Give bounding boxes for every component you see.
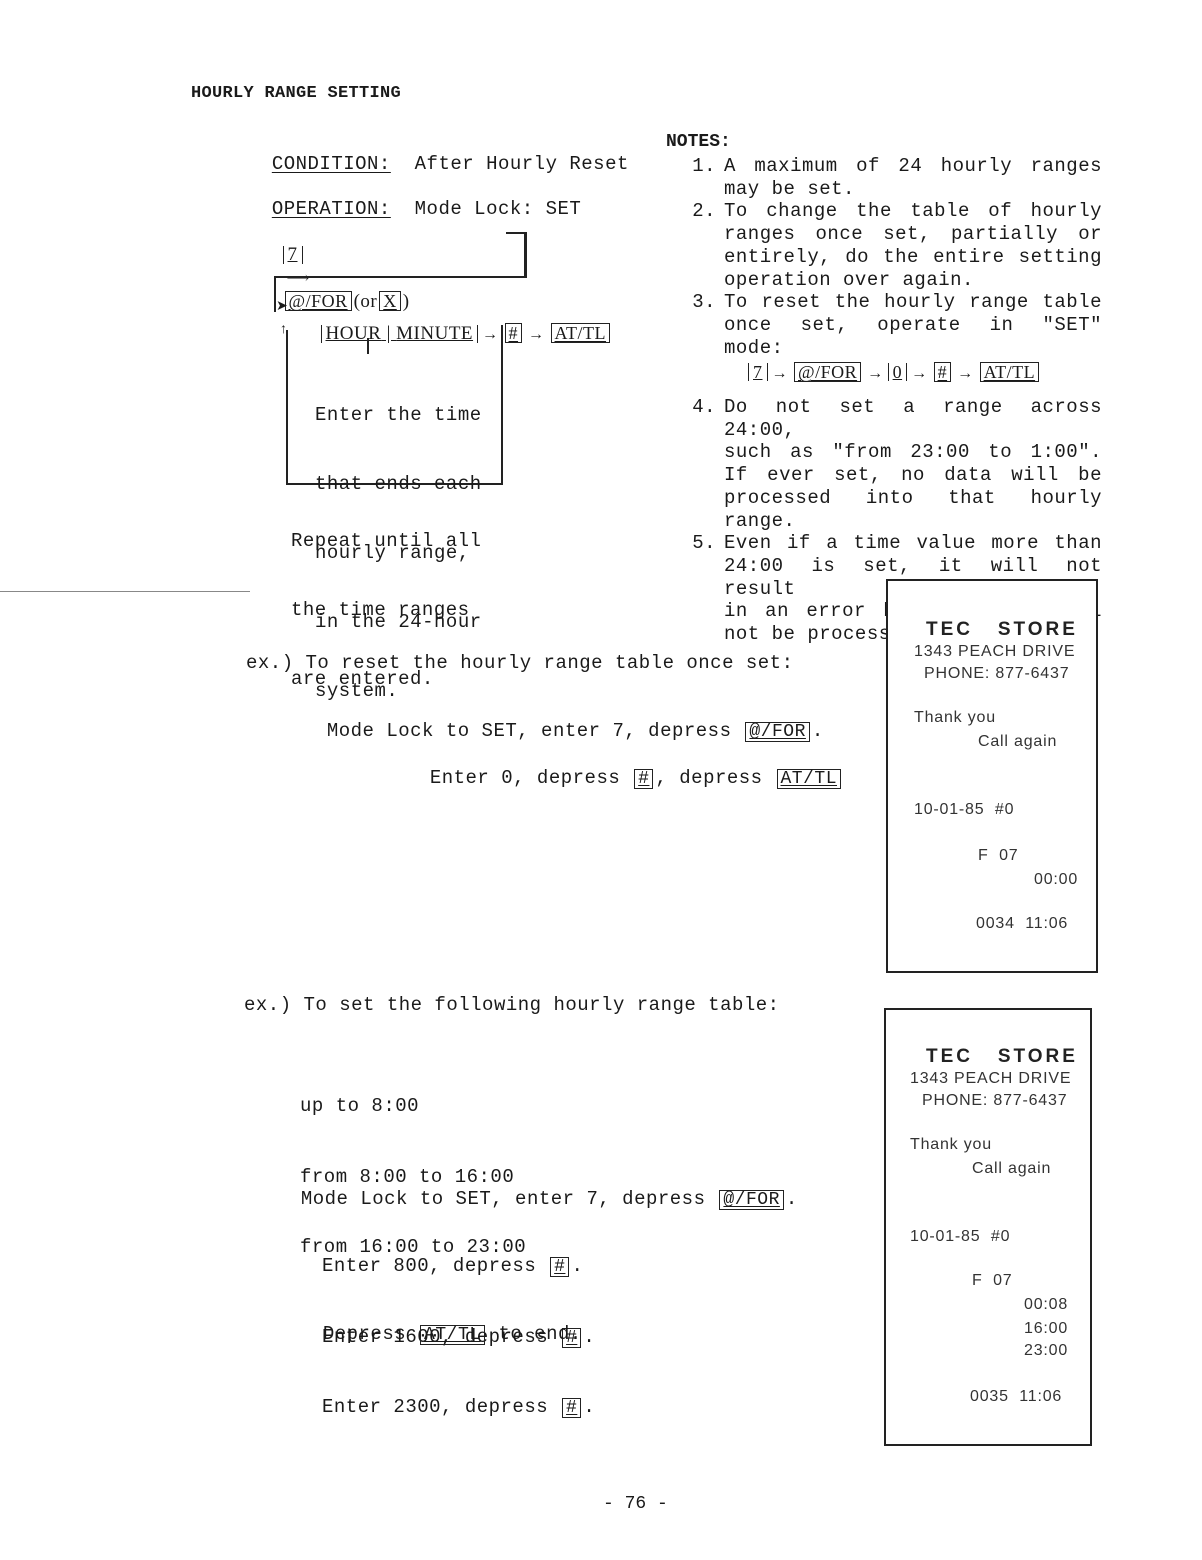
operation-label: OPERATION: [272, 198, 391, 220]
note-3-sequence: 7→@/FOR→0→#→AT/TL [724, 361, 1102, 386]
receipt-function: F 07 [972, 1272, 1012, 1290]
arrow-right-icon: → [867, 363, 884, 386]
condition-value: After Hourly Reset [415, 153, 629, 175]
receipt-time-entry: 00:08 [1024, 1296, 1068, 1314]
loop-line [501, 325, 503, 485]
example1-line1: Mode Lock to SET, enter 7, depress @/FOR… [303, 697, 824, 743]
loop-line-text: Enter the time [315, 404, 482, 427]
operation-value: Mode Lock: SET [415, 198, 582, 220]
example2-title: ex.) To set the following hourly range t… [244, 994, 780, 1017]
receipt-phone: PHONE: 877-6437 [922, 1092, 1067, 1110]
instruction-text: Depress [323, 1323, 406, 1345]
key-7: 7 [283, 246, 303, 264]
arrow-right-icon: → [772, 363, 789, 386]
receipt-call-again: Call again [978, 733, 1057, 751]
connector-line [274, 276, 527, 278]
note-line: A maximum of 24 hourly ranges [724, 155, 1102, 178]
receipt-time-entry: 00:00 [1034, 871, 1078, 889]
notes-list: 1. A maximum of 24 hourly ranges may be … [682, 155, 1102, 646]
key-hash: # [562, 1398, 581, 1418]
note-item: 2. To change the table of hourly ranges … [682, 200, 1102, 291]
arrow-right-icon: → [482, 323, 499, 346]
receipt-store-name: TEC STORE [926, 1046, 1078, 1068]
note-number: 5. [682, 532, 724, 646]
instruction-text: Enter 800, depress [322, 1255, 536, 1277]
instruction-text: , depress [655, 767, 762, 789]
example1-line2: Enter 0, depress #, depress AT/TL [406, 744, 843, 790]
key-at-tl: AT/TL [980, 362, 1040, 382]
receipt-date: 10-01-85 #0 [914, 801, 1014, 819]
period: . [583, 1396, 595, 1418]
notes-title: NOTES: [666, 132, 731, 152]
tick-line [367, 338, 369, 354]
repeat-line: Repeat until all [291, 530, 481, 553]
receipt-call-again: Call again [972, 1160, 1051, 1178]
condition-label: CONDITION: [272, 153, 391, 175]
note-line: ranges once set, partially or [724, 223, 1102, 246]
instruction-text: Mode Lock to SET, enter 7, depress [327, 720, 732, 742]
key-at-tl: AT/TL [777, 769, 842, 789]
key-0: 0 [888, 363, 908, 381]
key-hour-minute: HOUR | MINUTE [321, 325, 479, 343]
note-line: Do not set a range across 24:00, [724, 396, 1102, 441]
note-number: 4. [682, 396, 724, 532]
instruction-text: Mode Lock to SET, enter 7, depress [301, 1188, 706, 1210]
note-item: 4. Do not set a range across 24:00, such… [682, 396, 1102, 532]
arrow-right-icon: → [528, 323, 545, 346]
key-7: 7 [748, 363, 768, 381]
receipt-time-entry: 16:00 [1024, 1320, 1068, 1338]
receipt-footer: 0035 11:06 [970, 1388, 1062, 1406]
repeat-text: Repeat until all the time ranges are ent… [291, 484, 481, 714]
arrow-right-icon: → [911, 363, 928, 386]
period: . [571, 1255, 583, 1277]
note-line: such as "from 23:00 to 1:00". [724, 441, 1102, 464]
repeat-line: the time ranges [291, 599, 481, 622]
example2-end-line: Depress AT/TL to end. [299, 1300, 582, 1346]
note-line: entirely, do the entire setting [724, 246, 1102, 269]
arrow-right-icon: ➤ [276, 300, 288, 314]
note-number: 3. [682, 291, 724, 386]
note-line: Even if a time value more than [724, 532, 1102, 555]
receipt-reset: TEC STORE 1343 PEACH DRIVE PHONE: 877-64… [886, 579, 1098, 973]
receipt-function: F 07 [978, 847, 1018, 865]
arrow-right-icon: ⟶ [287, 267, 310, 290]
loop-line [286, 330, 288, 484]
receipt-footer: 0034 11:06 [976, 915, 1068, 933]
note-number: 2. [682, 200, 724, 291]
key-at-for: @/FOR [719, 1190, 784, 1210]
note-line: may be set. [724, 178, 1102, 201]
note-line: operation over again. [724, 269, 1102, 292]
receipt-thanks: Thank you [914, 709, 996, 727]
note-number: 1. [682, 155, 724, 200]
note-line: processed into that hourly range. [724, 487, 1102, 532]
receipt-address: 1343 PEACH DRIVE [914, 643, 1075, 661]
receipt-thanks: Thank you [910, 1136, 992, 1154]
note-line: once set, operate in "SET" mode: [724, 314, 1102, 359]
entry-line: Enter 800, depress #. [322, 1255, 595, 1279]
key-hash: # [634, 769, 653, 789]
receipt-set: TEC STORE 1343 PEACH DRIVE PHONE: 877-64… [884, 1008, 1092, 1446]
key-hour: HOUR [326, 323, 382, 344]
page-heading: HOURLY RANGE SETTING [191, 84, 401, 103]
period: . [786, 1188, 798, 1210]
instruction-text: to end. [498, 1323, 581, 1345]
connector-line [506, 232, 526, 234]
key-hash: # [934, 362, 952, 382]
key-at-tl: AT/TL [420, 1325, 485, 1345]
key-hash: # [505, 323, 523, 343]
note-line: To reset the hourly range table [724, 291, 1102, 314]
page-number: - 76 - [603, 1494, 668, 1514]
period: . [583, 1326, 595, 1348]
range-item: up to 8:00 [300, 1095, 526, 1119]
key-at-for: @/FOR [745, 722, 810, 742]
key-hash: # [550, 1257, 569, 1277]
entry-line: Enter 2300, depress #. [322, 1396, 595, 1420]
note-line: To change the table of hourly [724, 200, 1102, 223]
scan-artifact-line [0, 591, 250, 592]
key-minute: MINUTE [396, 323, 473, 344]
flow-step-2: HOUR | MINUTE→#→AT/TL [310, 299, 612, 346]
connector-line [524, 232, 527, 278]
note-item: 3. To reset the hourly range table once … [682, 291, 1102, 386]
example1-title: ex.) To reset the hourly range table onc… [246, 652, 794, 675]
key-at-for: @/FOR [794, 362, 861, 382]
condition-row: CONDITION: After Hourly Reset [248, 130, 629, 176]
operation-row: OPERATION: Mode Lock: SET [248, 175, 581, 221]
example2-mode-line: Mode Lock to SET, enter 7, depress @/FOR… [277, 1165, 798, 1211]
receipt-address: 1343 PEACH DRIVE [910, 1070, 1071, 1088]
note-item: 1. A maximum of 24 hourly ranges may be … [682, 155, 1102, 200]
receipt-phone: PHONE: 877-6437 [924, 665, 1069, 683]
note-line: If ever set, no data will be [724, 464, 1102, 487]
period: . [812, 720, 824, 742]
instruction-text: Enter 0, depress [430, 767, 620, 789]
arrow-right-icon: → [957, 363, 974, 386]
key-at-tl: AT/TL [551, 323, 611, 343]
instruction-text: Enter 2300, depress [322, 1396, 548, 1418]
receipt-date: 10-01-85 #0 [910, 1228, 1010, 1246]
receipt-time-entry: 23:00 [1024, 1342, 1068, 1360]
receipt-store-name: TEC STORE [926, 619, 1078, 641]
